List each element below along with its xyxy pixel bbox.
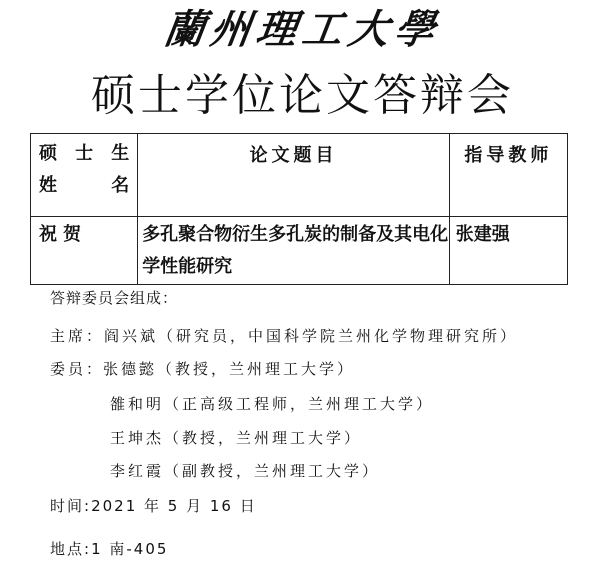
thesis-title-cell: 多孔聚合物衍生多孔炭的制备及其电化学性能研究: [138, 217, 450, 285]
page-title: 硕士学位论文答辩会: [0, 66, 605, 126]
defense-place: 地点:1 南-405: [50, 538, 168, 559]
header-advisor: 指导教师: [449, 134, 567, 217]
defense-time: 时间:2021 年 5 月 16 日: [50, 495, 257, 516]
header-char: 名: [111, 170, 129, 202]
header-thesis-title: 论文题目: [138, 134, 450, 217]
time-value: 2021 年 5 月 16 日: [91, 497, 257, 515]
header-char: 硕: [39, 138, 57, 170]
time-label: 时间:: [50, 497, 91, 515]
student-name-cell: 祝贺: [31, 217, 138, 285]
committee-member: 王坤杰（教授，兰州理工大学）: [110, 427, 362, 448]
chair-label: 主席：: [50, 327, 104, 345]
university-name: 蘭州理工大學: [0, 2, 605, 58]
defense-info-table: 硕 士 生 姓 名 论文题目 指导教师 祝贺 多孔聚合物衍生多孔炭的制备及其电化…: [30, 133, 568, 285]
place-label: 地点:: [50, 540, 91, 558]
advisor-cell: 张建强: [449, 217, 567, 285]
committee-member: 张德懿（教授，兰州理工大学）: [103, 358, 355, 379]
header-student-name: 硕 士 生 姓 名: [31, 134, 138, 217]
committee-heading: 答辩委员会组成：: [50, 287, 178, 308]
header-char: 姓: [39, 170, 57, 202]
table-row: 祝贺 多孔聚合物衍生多孔炭的制备及其电化学性能研究 张建强: [31, 217, 568, 285]
committee-member: 雒和明（正高级工程师，兰州理工大学）: [110, 393, 434, 414]
header-char: 生: [111, 138, 129, 170]
members-label: 委员：: [50, 358, 104, 379]
committee-chair: 主席：阎兴斌（研究员，中国科学院兰州化学物理研究所）: [50, 325, 518, 346]
table-header-row: 硕 士 生 姓 名 论文题目 指导教师: [31, 134, 568, 217]
header-char: 士: [75, 138, 93, 170]
chair-value: 阎兴斌（研究员，中国科学院兰州化学物理研究所）: [104, 327, 518, 345]
place-value: 1 南-405: [91, 540, 168, 558]
committee-member: 李红霞（副教授，兰州理工大学）: [110, 460, 380, 481]
